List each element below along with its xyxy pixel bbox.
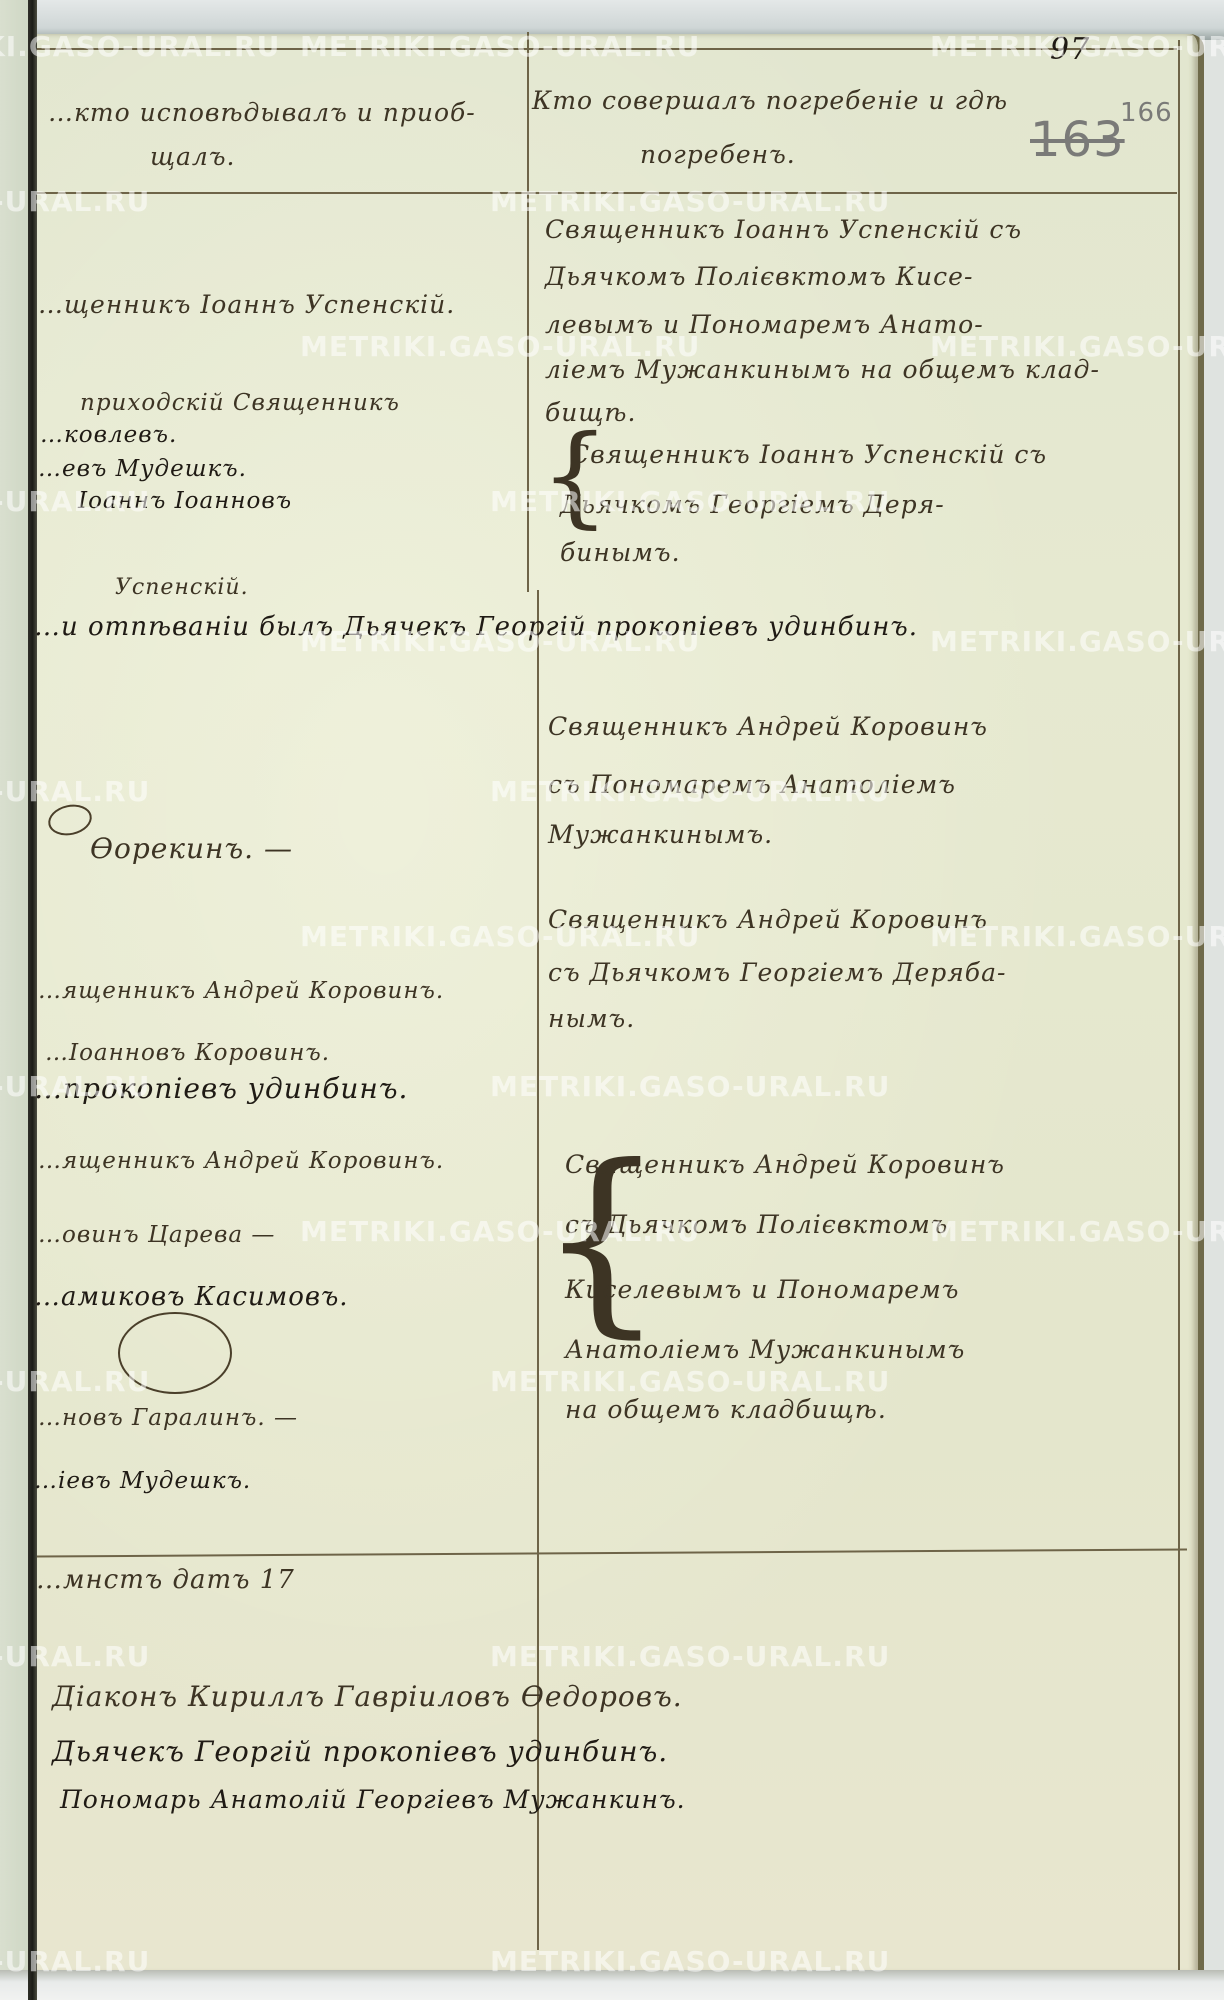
right-entry-line: Священникъ Андрей Коровинъ [548,712,988,741]
right-entry-line: Анатоліемъ Мужанкинымъ [565,1335,965,1364]
footer-date-line: …мнстъ датъ 17 [36,1565,295,1595]
left-entry-spanning: …и отпѣваніи былъ Дьячекъ Георгій прокоп… [34,612,918,642]
header-right-line2: погребенъ. [640,140,796,169]
signature-sexton: Дьячекъ Георгій прокопіевъ удинбинъ. [52,1735,668,1768]
right-entry-line: Дьячкомъ Полієвктомъ Кисе- [545,262,973,291]
right-entry-line: нымъ. [548,1004,635,1033]
left-entry: Іоаннъ Іоанновъ [78,488,292,514]
left-entry: Успенскій. [115,575,249,600]
left-entry: …прокопіевъ удинбинъ. [34,1072,408,1105]
right-entry-line: Дьячкомъ Георгіемъ Деря- [560,490,945,519]
folio-number-ink: 97 [1050,32,1090,67]
signature-ponomar: Пономарь Анатолій Георгіевъ Мужанкинъ. [60,1785,686,1814]
header-right-line1: Кто совершалъ погребеніе и гдѣ [532,86,1008,115]
left-entry: …новъ Гаралинъ. — [38,1405,298,1431]
right-entry-line: съ Пономаремъ Анатоліемъ [548,770,956,799]
left-entry: …евъ Мудешкъ. [38,456,247,482]
right-entry-line: Священникъ Андрей Коровинъ [548,905,988,934]
left-entry: Ѳорекинъ. — [90,832,293,865]
left-entry: …іевъ Мудешкъ. [34,1468,251,1494]
signature-deacon: Діаконъ Кириллъ Гавріиловъ Ѳедоровъ. [52,1680,683,1713]
left-entry: …ященникъ Андрей Коровинъ. [38,1148,444,1174]
header-left-line2: щалъ. [150,142,235,171]
book-binding-gutter [28,0,37,2000]
right-entry-line: бинымъ. [560,538,681,567]
right-frame-line [1178,40,1180,1970]
left-entry: …ященникъ Андрей Коровинъ. [38,978,444,1004]
right-entry-line: Священникъ Іоаннъ Успенскій съ [545,215,1022,244]
header-separator-line [37,192,1177,194]
right-entry-line: Священникъ Іоаннъ Успенскій съ [570,440,1047,469]
right-entry-line: ліемъ Мужанкинымъ на общемъ клад- [545,355,1100,384]
left-entry: …овинъ Царева — [38,1222,275,1248]
scan-background-bottom [0,1970,1224,2000]
folio-number-pencil-struck: 163 [1030,112,1125,168]
header-left-line1: …кто исповѣдывалъ и приоб- [48,98,476,127]
right-entry-line: на общемъ кладбищѣ. [565,1395,887,1424]
right-entry-line: левымъ и Пономаремъ Анато- [545,310,984,339]
flourish-decoration [118,1312,232,1394]
left-entry: приходскій Священникъ [80,390,400,416]
right-entry-line: съ Дьячкомъ Полієвктомъ [565,1210,948,1239]
right-entry-line: Священникъ Андрей Коровинъ [565,1150,1005,1179]
left-entry: …Іоанновъ Коровинъ. [45,1040,330,1066]
column-divider-upper [527,32,529,592]
right-entry-line: Мужанкинымъ. [548,820,773,849]
top-border-line [37,48,1177,50]
left-entry: …щенникъ Іоаннъ Успенскій. [38,290,455,319]
right-entry-line: Киселевымъ и Пономаремъ [565,1275,959,1304]
right-entry-line: съ Дьячкомъ Георгіемъ Деряба- [548,958,1006,987]
folio-number-pencil: 166 [1120,98,1173,128]
left-entry: …ковлевъ. [40,422,177,448]
left-entry: …амиковъ Касимовъ. [34,1282,349,1312]
